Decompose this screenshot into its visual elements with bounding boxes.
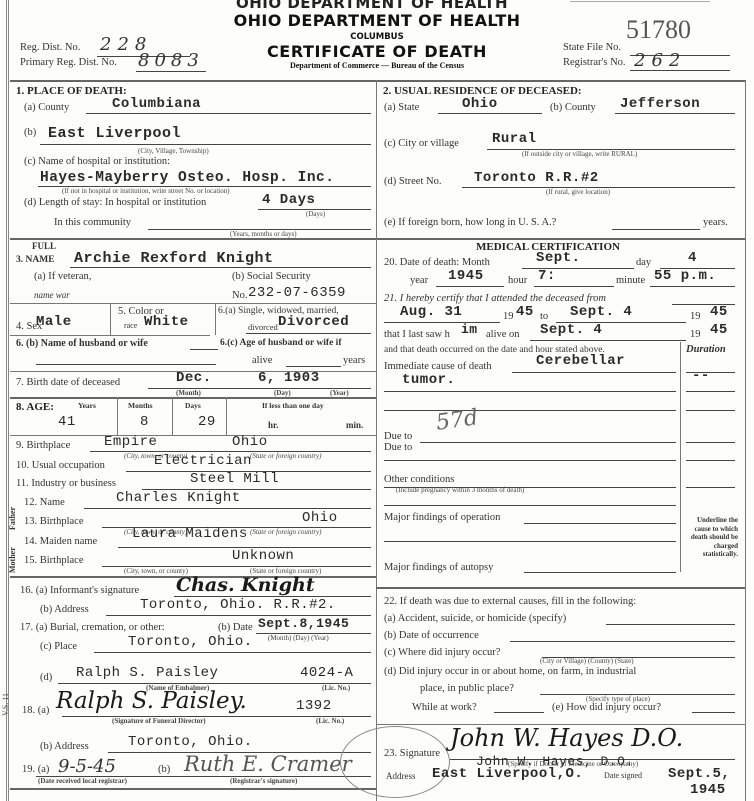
external-causes-title: 22. If death was due to external causes,…	[384, 596, 636, 607]
dod-month: Sept.	[536, 250, 581, 266]
received-date: 9-5-45	[58, 756, 116, 777]
external-c-hint: (City or Village) (County) (State)	[540, 657, 634, 665]
hospital-label: (c) Name of hospital or institution:	[24, 156, 170, 167]
deceased-name: Archie Rexford Knight	[74, 250, 274, 267]
marital-value: Divorced	[278, 314, 349, 330]
external-a-label: (a) Accident, suicide, or homicide (spec…	[384, 613, 566, 624]
due-to-2-label: Due to	[384, 442, 412, 453]
attended-to-19: 19	[690, 311, 701, 322]
received-date-hint: (Date received local registrar)	[38, 777, 127, 785]
embalmer-lic-hint: (Lic. No.)	[322, 684, 350, 692]
dod-month-label: 20. Date of death: Month	[384, 257, 490, 268]
primary-reg-dist-value: 8083	[138, 50, 204, 71]
mother-birthplace-label: 15. Birthplace	[24, 555, 83, 566]
state-file-label: State File No.	[563, 42, 621, 53]
stay-hint: (Days)	[306, 210, 325, 218]
birthplace-state: Ohio	[232, 434, 268, 450]
director-address-label: (b) Address	[40, 741, 89, 752]
age-years: 41	[58, 414, 76, 430]
dod-year: 1945	[448, 268, 484, 284]
reg-dist-label: Reg. Dist. No.	[20, 42, 80, 53]
date-signed: Sept.5,	[668, 766, 730, 782]
residence-state-value: Ohio	[462, 96, 498, 112]
name-label: 3. NAME	[16, 255, 55, 265]
death-county-label: (a) County	[24, 102, 69, 113]
informant-sig-label: 16. (a) Informant's signature	[20, 585, 139, 596]
stamp-ghost	[570, 0, 710, 2]
duration-value: --	[692, 368, 710, 384]
stay-label: (d) Length of stay: In hospital or insti…	[24, 197, 206, 208]
alive-label: alive	[252, 355, 272, 366]
certifier-signature-label: 23. Signature	[384, 748, 440, 759]
registrar-flourish	[340, 726, 450, 798]
dod-minute: 55 p.m.	[654, 268, 716, 284]
veteran-label: (a) If veteran,	[34, 271, 91, 282]
form-code: V.S. 11	[1, 693, 10, 716]
spouse-age-label: 6.(c) Age of husband or wife if	[220, 338, 341, 348]
external-d-label: (d) Did injury occur in or about home, o…	[384, 666, 636, 677]
cause-line-1: Cerebellar	[536, 353, 625, 369]
last-saw-year: 45	[710, 322, 728, 338]
father-birthplace-label: 13. Birthplace	[24, 516, 83, 527]
residence-city-label: (c) City or village	[384, 138, 459, 149]
state-file-stamp: 51780	[626, 15, 691, 45]
date-signed-year: 1945	[690, 782, 726, 798]
divorced-label: divorced	[248, 322, 278, 332]
funeral-director-lic: 1392	[296, 698, 332, 714]
primary-reg-dist-label: Primary Reg. Dist. No.	[20, 57, 117, 68]
informant-address-label: (b) Address	[40, 604, 89, 615]
director-address: Toronto, Ohio.	[128, 734, 253, 750]
external-b-label: (b) Date of occurrence	[384, 630, 479, 641]
ss-no-label: No.	[232, 290, 247, 301]
other-conditions-label: Other conditions	[384, 474, 454, 485]
residence-city-hint: (If outside city or village, write RURAL…	[522, 150, 637, 158]
attended-to: Sept. 4	[570, 304, 632, 320]
residence-county-value: Jefferson	[620, 96, 700, 112]
embalmer-label: (d)	[40, 672, 52, 683]
foreign-born-suffix: years.	[703, 217, 728, 228]
attended-from: Aug. 31	[400, 304, 462, 320]
age-label: 8. AGE:	[16, 401, 54, 413]
war-label: name war	[34, 290, 70, 300]
race-value: White	[144, 314, 189, 330]
informant-signature: Chas. Knight	[176, 574, 315, 596]
death-certificate: V.S. 11 OHIO DEPARTMENT OF HEALTH OHIO D…	[0, 0, 754, 801]
due-to-1-mark: 57d	[434, 405, 479, 436]
father-side-label: Father	[8, 507, 17, 530]
registrar-signature: Ruth E. Cramer	[184, 752, 352, 776]
embalmer-lic: 4024-A	[300, 665, 353, 681]
dod-hour: 7:	[538, 268, 556, 284]
attended-from-19: 19	[503, 311, 514, 322]
autopsy-findings-label: Major findings of autopsy	[384, 562, 493, 573]
dod-minute-label: minute	[616, 275, 645, 286]
residence-state-label: (a) State	[384, 102, 419, 113]
residence-county-label: (b) County	[550, 102, 596, 113]
registrar-sig-label: (b)	[158, 764, 170, 775]
spouse-name-label: 6. (b) Name of husband or wife	[16, 338, 148, 349]
duration-header: Duration	[686, 344, 726, 355]
sex-value: Male	[36, 314, 72, 330]
date-signed-label: Date signed	[604, 771, 642, 780]
hospital-hint: (If not in hospital or institution, writ…	[62, 187, 230, 195]
place-of-death-title: 1. PLACE OF DEATH:	[16, 85, 127, 97]
last-saw-pronoun: im	[461, 322, 478, 337]
age-months: 8	[140, 414, 149, 430]
birth-month-hint: (Month)	[176, 389, 201, 397]
last-saw-19: 19	[690, 329, 701, 340]
community-label: In this community	[54, 217, 131, 228]
certifier-signature: John W. Hayes D.O.	[450, 724, 683, 752]
dod-day: 4	[688, 250, 697, 266]
father-name-label: 12. Name	[24, 497, 65, 508]
father-state-hint: (State or foreign country)	[250, 528, 321, 536]
dod-hour-label: hour	[508, 275, 527, 286]
full-label: FULL	[32, 242, 56, 251]
age-months-label: Months	[128, 401, 153, 410]
community-hint: (Years, months or days)	[230, 230, 297, 238]
left-margin-rule	[6, 0, 9, 801]
father-name-value: Charles Knight	[116, 490, 241, 506]
burial-date: Sept.8,1945	[258, 616, 349, 631]
residence-street-label: (d) Street No.	[384, 176, 441, 187]
certifier-address: East Liverpool,O.	[432, 766, 583, 782]
dod-day-label: day	[636, 257, 651, 268]
certifier-address-label: Address	[386, 771, 416, 781]
while-at-work-label: While at work?	[412, 702, 477, 713]
father-birthplace-value: Ohio	[302, 510, 338, 526]
age-days: 29	[198, 414, 216, 430]
death-city-label: (b)	[24, 127, 36, 138]
industry-value: Steel Mill	[190, 471, 279, 487]
hr-label: hr.	[268, 420, 278, 430]
funeral-director-lic-hint: (Lic. No.)	[316, 717, 344, 725]
birthplace-city: Empire	[104, 434, 157, 450]
external-d-label-2: place, in public place?	[420, 683, 514, 694]
age-days-label: Days	[185, 401, 201, 410]
death-county-value: Columbiana	[112, 96, 201, 112]
burial-place-label: (c) Place	[40, 641, 77, 652]
birth-day-hint: (Day)	[274, 389, 291, 397]
cause-line-2: tumor.	[402, 372, 455, 388]
attended-from-year: 45	[516, 304, 534, 320]
other-conditions-hint: (Include pregnancy within 3 months of de…	[396, 486, 524, 494]
funeral-director-hint: (Signature of Funeral Director)	[112, 717, 206, 725]
received-date-label: 19. (a)	[22, 764, 49, 775]
attended-to-year: 45	[710, 304, 728, 320]
burial-place: Toronto, Ohio.	[128, 634, 253, 650]
birth-year-hint: (Year)	[330, 389, 349, 397]
registrar-sig-hint: (Registrar's signature)	[230, 777, 297, 785]
last-saw-label: that I last saw h	[384, 329, 450, 340]
residence-city-value: Rural	[492, 131, 537, 147]
ss-label: (b) Social Security	[232, 271, 311, 282]
mother-side-label: Mother	[8, 547, 17, 573]
birthplace-state-hint: (State or foreign country)	[250, 452, 321, 460]
registrar-no-label: Registrar's No.	[563, 57, 626, 68]
foreign-born-label: (e) If foreign born, how long in U. S. A…	[384, 217, 556, 228]
age-less-than-day-label: If less than one day	[262, 401, 324, 410]
mother-birthplace-value: Unknown	[232, 548, 294, 564]
burial-date-hint: (Month) (Day) (Year)	[268, 634, 329, 642]
min-label: min.	[346, 420, 363, 430]
birth-date-label: 7. Birth date of deceased	[16, 377, 120, 388]
industry-label: 11. Industry or business	[16, 478, 116, 489]
underline-note: Underline the cause to which death shoul…	[684, 516, 738, 559]
funeral-director-label: 18. (a)	[22, 705, 49, 716]
due-to-1-label: Due to	[384, 431, 412, 442]
birth-day: 6,	[258, 370, 276, 386]
hospital-value: Hayes-Mayberry Osteo. Hosp. Inc.	[40, 170, 334, 186]
ss-no-value: 232-07-6359	[248, 285, 346, 301]
burial-date-label: (b) Date	[218, 622, 253, 633]
race-label: race	[124, 321, 137, 330]
external-c-label: (c) Where did injury occur?	[384, 647, 500, 658]
stay-value: 4 Days	[262, 192, 315, 208]
residence-street-value: Toronto R.R.#2	[474, 170, 599, 186]
alive-on-label: alive on	[486, 329, 520, 340]
residence-street-hint: (If rural, give location)	[546, 188, 610, 196]
external-e-label: (e) How did injury occur?	[552, 702, 661, 713]
operation-findings-label: Major findings of operation	[384, 512, 500, 523]
birth-year: 1903	[284, 370, 320, 386]
occupation-label: 10. Usual occupation	[16, 460, 105, 471]
death-city-value: East Liverpool	[48, 125, 181, 142]
cause-label: Immediate cause of death	[384, 361, 492, 372]
dod-year-label: year	[410, 275, 428, 286]
mother-maiden-label: 14. Maiden name	[24, 536, 97, 547]
certify-label: 21. I hereby certify that I attended the…	[384, 293, 606, 304]
death-city-hint: (City, Village, Township)	[138, 147, 209, 155]
birthplace-label: 9. Birthplace	[16, 440, 70, 451]
informant-address: Toronto, Ohio. R.R.#2.	[140, 597, 336, 613]
burial-label: 17. (a) Burial, cremation, or other:	[20, 622, 165, 633]
last-saw-date: Sept. 4	[540, 322, 602, 338]
registrar-no-value: 262	[634, 50, 686, 71]
embalmer-name: Ralph S. Paisley	[76, 665, 218, 681]
age-years-label: Years	[78, 401, 96, 410]
funeral-director-signature: Ralph S. Paisley.	[56, 688, 247, 714]
occupation-value: Electrician	[154, 453, 252, 469]
spouse-years-label: years	[343, 355, 365, 366]
attended-to-label: to	[540, 311, 548, 322]
mother-maiden-value: Laura Maidens	[132, 526, 248, 542]
birth-month: Dec.	[176, 370, 212, 386]
